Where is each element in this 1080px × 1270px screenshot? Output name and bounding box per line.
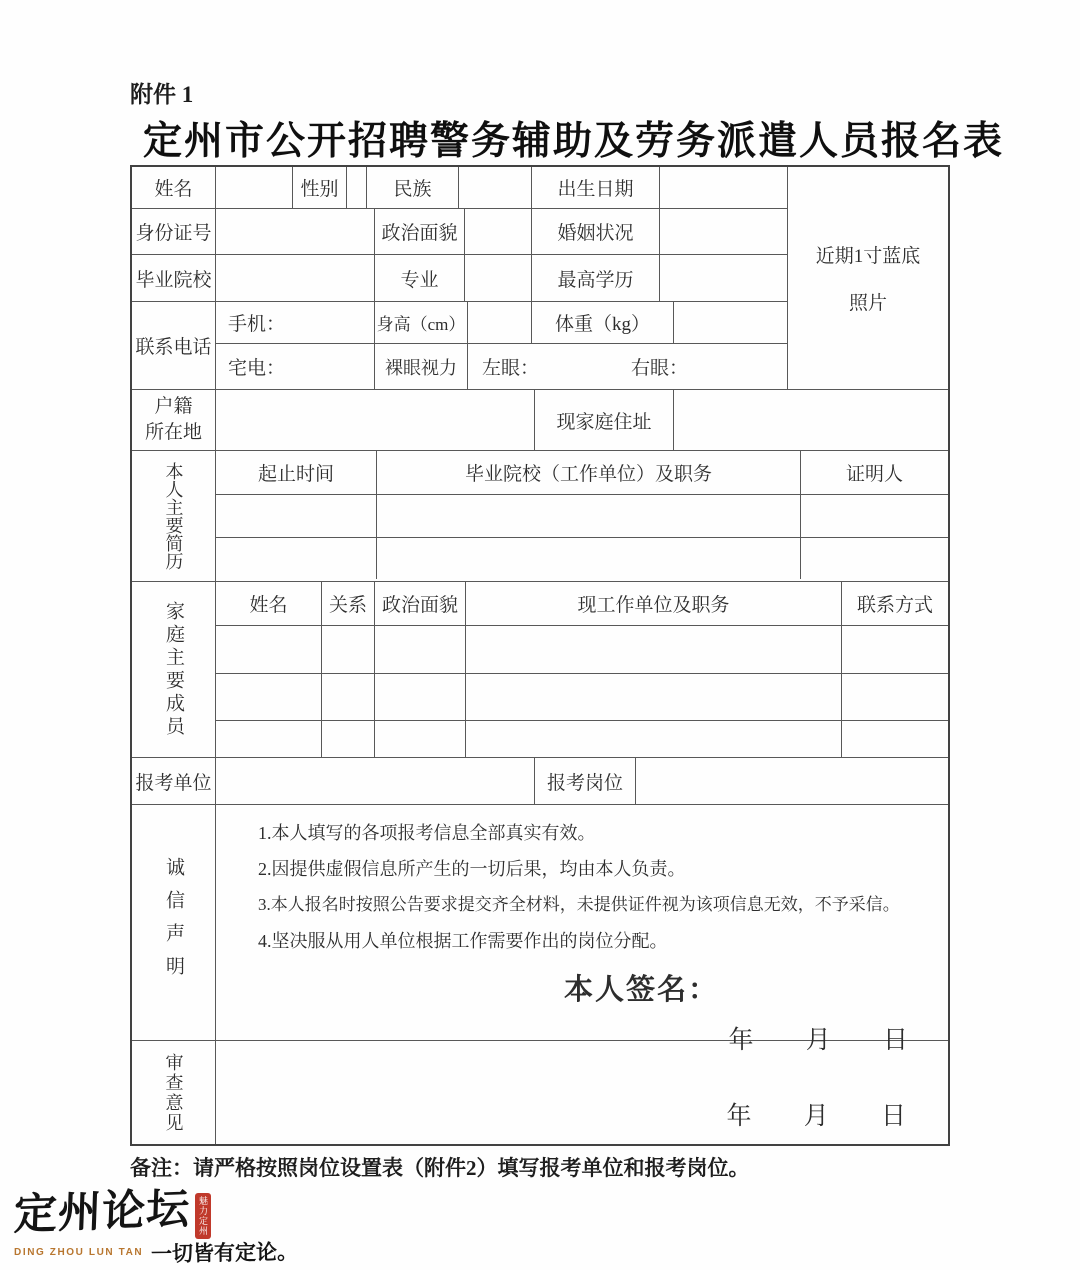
day-label: 日 (881, 1103, 906, 1130)
weight-value-cell (674, 302, 787, 343)
ethnicity-label: 民族 (367, 167, 459, 208)
forum-seal-stamp: 魅力定州 (195, 1193, 211, 1239)
gender-label: 性别 (293, 167, 347, 208)
review-content: 年 月 日 (216, 1041, 948, 1144)
height-label: 身高（cm） (375, 302, 468, 343)
resume-school-cell (377, 538, 801, 579)
family-political-cell (375, 721, 466, 757)
school-value-cell (216, 255, 375, 301)
resume-header-row: 起止时间 毕业院校（工作单位）及职务 证明人 (216, 451, 948, 495)
family-col-contact: 联系方式 (842, 582, 948, 625)
resume-col-reference: 证明人 (801, 451, 948, 494)
band-declaration: 诚信声明 1.本人填写的各项报考信息全部真实有效。 2.因提供虚假信息所产生的一… (132, 805, 948, 1041)
family-contact-cell (842, 674, 948, 720)
apply-position-label: 报考岗位 (535, 758, 636, 804)
apply-position-value-cell (636, 758, 948, 804)
vision-values-cell: 左眼： 右眼： (468, 344, 787, 389)
resume-col-school-unit: 毕业院校（工作单位）及职务 (377, 451, 801, 494)
forum-logo-text: 定州论坛 (13, 1187, 191, 1238)
family-relation-cell (322, 674, 375, 720)
review-date-line: 年 月 日 (680, 1096, 906, 1132)
political-status-value-cell (465, 209, 532, 254)
weight-label: 体重（kg） (532, 302, 674, 343)
family-col-workunit: 现工作单位及职务 (466, 582, 842, 625)
resume-school-cell (377, 495, 801, 537)
resume-reference-cell (801, 538, 948, 579)
name-label: 姓名 (132, 167, 216, 208)
family-col-name: 姓名 (216, 582, 322, 625)
band-review: 审查意见 年 月 日 (132, 1041, 948, 1144)
political-status-label: 政治面貌 (375, 209, 465, 254)
resume-section-label: 本人主要简历 (132, 451, 216, 581)
review-section-label: 审查意见 (132, 1041, 216, 1144)
family-header-row: 姓名 关系 政治面貌 现工作单位及职务 联系方式 (216, 582, 948, 626)
current-address-value-cell (674, 390, 948, 450)
family-name-cell (216, 721, 322, 757)
row-school: 毕业院校 专业 最高学历 (132, 255, 787, 302)
marital-status-value-cell (660, 209, 787, 254)
family-blank-row (216, 626, 948, 674)
resume-period-cell (216, 538, 377, 579)
contact-phone-label: 联系电话 (132, 302, 216, 389)
left-eye-label: 左眼： (482, 353, 539, 380)
signature-label: 本人签名： (564, 967, 948, 1008)
row-mobile: 手机： 身高（cm） 体重（kg） (216, 302, 787, 344)
birthdate-value-cell (660, 167, 787, 208)
major-value-cell (465, 255, 532, 301)
forum-tagline: 一切皆有定论。 (151, 1236, 299, 1269)
family-name-cell (216, 674, 322, 720)
residence-value-cell (216, 390, 535, 450)
id-number-label: 身份证号 (132, 209, 216, 254)
forum-watermark: 定州论坛 魅力定州 DING ZHOU LUN TAN 一切皆有定论。 (14, 1190, 298, 1267)
birthdate-label: 出生日期 (532, 167, 660, 208)
resume-blank-row (216, 538, 948, 579)
band-family: 家庭主要成员 姓名 关系 政治面貌 现工作单位及职务 联系方式 (132, 582, 948, 758)
education-label: 最高学历 (532, 255, 660, 301)
name-value-cell (216, 167, 293, 208)
declaration-item-2: 2.因提供虚假信息所产生的一切后果，均由本人负责。 (258, 851, 948, 887)
footer-note: 备注：请严格按照岗位设置表（附件2）填写报考单位和报考岗位。 (130, 1152, 750, 1182)
resume-col-period: 起止时间 (216, 451, 377, 494)
note-prefix: 备注： (130, 1156, 193, 1180)
family-workunit-cell (466, 626, 842, 673)
row-home-phone: 宅电： 裸眼视力 左眼： 右眼： (216, 344, 787, 389)
apply-unit-label: 报考单位 (132, 758, 216, 804)
row-name-gender: 姓名 性别 民族 出生日期 (132, 167, 787, 209)
residence-label: 户籍 所在地 (132, 390, 216, 450)
family-relation-cell (322, 626, 375, 673)
ethnicity-value-cell (459, 167, 532, 208)
marital-status-label: 婚姻状况 (532, 209, 660, 254)
right-eye-label: 右眼： (631, 353, 688, 380)
photo-cell: 近期1寸蓝底 照片 (787, 167, 948, 389)
family-contact-cell (842, 721, 948, 757)
resume-blank-row (216, 495, 948, 538)
declaration-item-3: 3.本人报名时按照公告要求提交齐全材料，未提供证件视为该项信息无效，不予采信。 (258, 887, 948, 923)
height-value-cell (468, 302, 532, 343)
school-label: 毕业院校 (132, 255, 216, 301)
family-political-cell (375, 674, 466, 720)
apply-unit-value-cell (216, 758, 535, 804)
family-name-cell (216, 626, 322, 673)
month-label: 月 (804, 1103, 829, 1130)
resume-period-cell (216, 495, 377, 537)
photo-note-line2: 照片 (849, 288, 887, 315)
mobile-label: 手机： (216, 302, 375, 343)
id-number-value-cell (216, 209, 375, 254)
vision-label: 裸眼视力 (375, 344, 468, 389)
photo-note-line1: 近期1寸蓝底 (816, 241, 921, 268)
band-resume: 本人主要简历 起止时间 毕业院校（工作单位）及职务 证明人 (132, 451, 948, 582)
declaration-section-label: 诚信声明 (132, 805, 216, 1040)
major-label: 专业 (375, 255, 465, 301)
resume-reference-cell (801, 495, 948, 537)
row-application: 报考单位 报考岗位 (132, 758, 948, 805)
band-basic-info: 姓名 性别 民族 出生日期 身份证号 政治面貌 婚姻状况 (132, 167, 948, 390)
family-workunit-cell (466, 721, 842, 757)
attachment-label: 附件 1 (130, 76, 193, 109)
family-section-label: 家庭主要成员 (132, 582, 216, 757)
row-residence: 户籍 所在地 现家庭住址 (132, 390, 948, 451)
note-text: 请严格按照岗位设置表（附件2）填写报考单位和报考岗位。 (193, 1156, 750, 1180)
family-blank-row (216, 674, 948, 721)
education-value-cell (660, 255, 787, 301)
family-relation-cell (322, 721, 375, 757)
year-label: 年 (726, 1103, 751, 1130)
page-title: 定州市公开招聘警务辅助及劳务派遣人员报名表 (143, 110, 1004, 166)
gender-value-cell (347, 167, 367, 208)
scanned-document-sheet: 附件 1 定州市公开招聘警务辅助及劳务派遣人员报名表 姓名 性别 民族 出生日期… (0, 0, 1080, 1270)
family-workunit-cell (466, 674, 842, 720)
home-phone-label: 宅电： (216, 344, 375, 389)
family-contact-cell (842, 626, 948, 673)
application-form-table: 姓名 性别 民族 出生日期 身份证号 政治面貌 婚姻状况 (130, 165, 950, 1146)
forum-latin-text: DING ZHOU LUN TAN (14, 1247, 143, 1258)
family-blank-row (216, 721, 948, 757)
current-address-label: 现家庭住址 (535, 390, 674, 450)
family-col-relation: 关系 (322, 582, 375, 625)
family-political-cell (375, 626, 466, 673)
family-col-political: 政治面貌 (375, 582, 466, 625)
declaration-item-1: 1.本人填写的各项报考信息全部真实有效。 (258, 815, 948, 851)
declaration-content: 1.本人填写的各项报考信息全部真实有效。 2.因提供虚假信息所产生的一切后果，均… (216, 805, 948, 1040)
declaration-item-4: 4.坚决服从用人单位根据工作需要作出的岗位分配。 (258, 923, 948, 959)
rows-contact-phone: 联系电话 手机： 身高（cm） 体重（kg） 宅电： 裸眼视力 (132, 302, 787, 389)
row-id-number: 身份证号 政治面貌 婚姻状况 (132, 209, 787, 255)
